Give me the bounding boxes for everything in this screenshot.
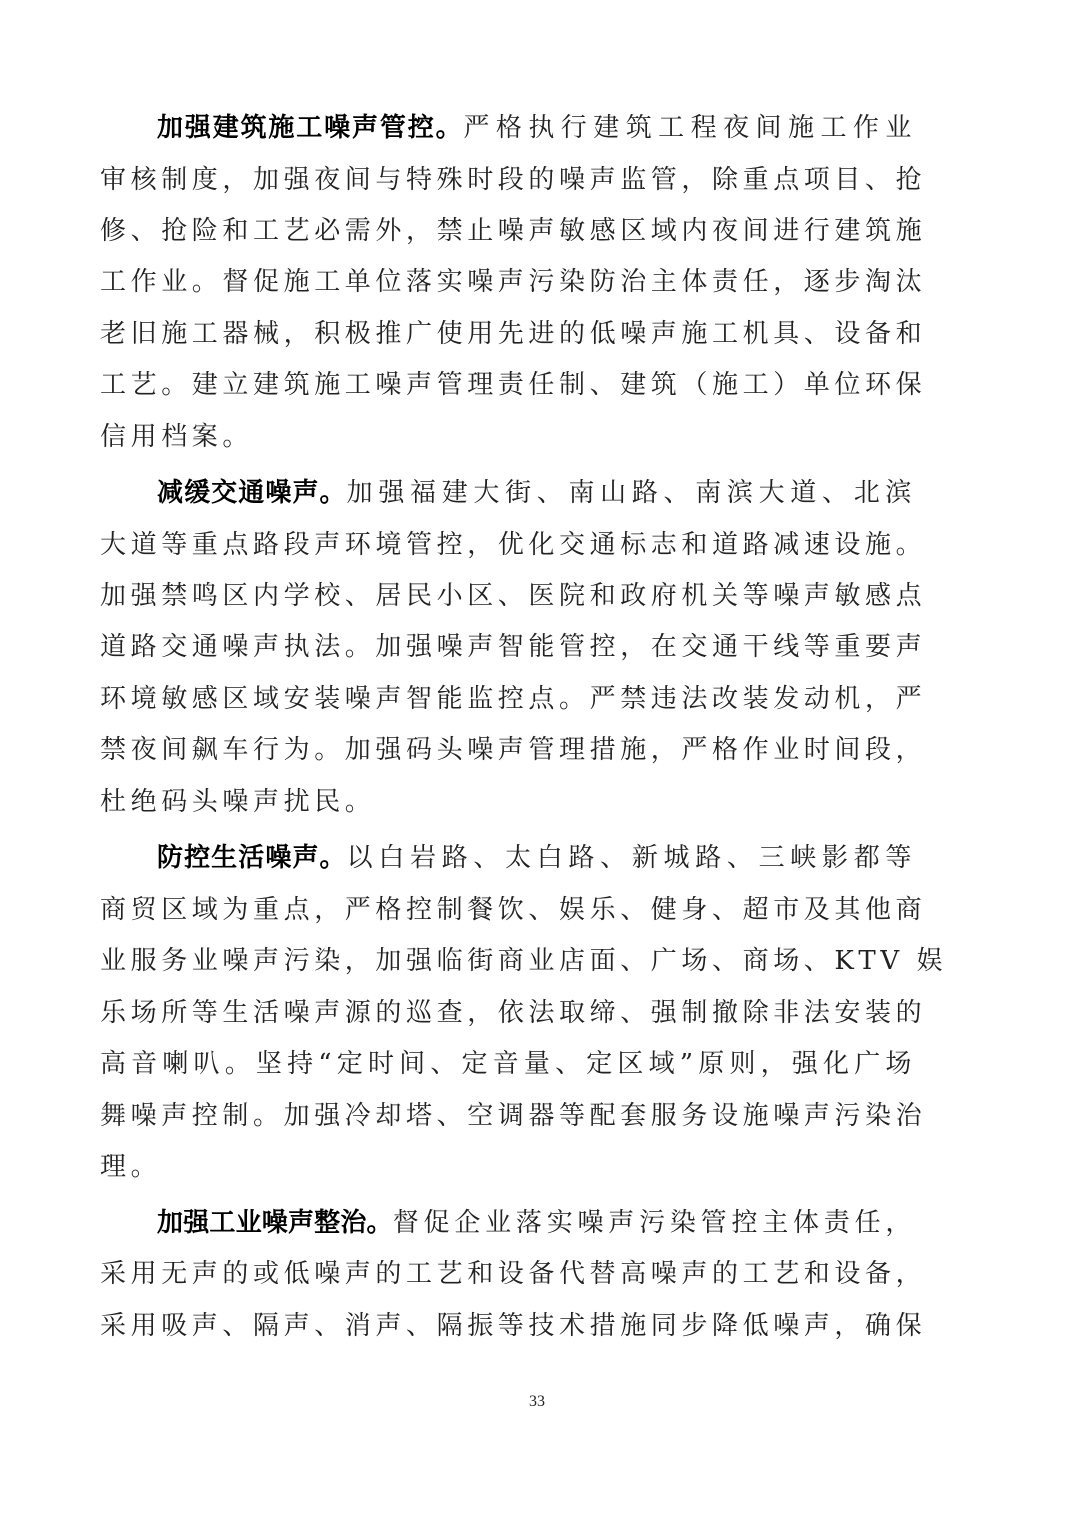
paragraph-line: 工艺。建立建筑施工噪声管理责任制、建筑（施工）单位环保	[100, 365, 916, 405]
paragraph-line: 信用档案。	[100, 417, 916, 457]
paragraph-line: 杜绝码头噪声扰民。	[100, 782, 916, 822]
paragraph-heading: 加强工业噪声整治。	[157, 1208, 393, 1238]
paragraph-line: 商贸区域为重点，严格控制餐饮、娱乐、健身、超市及其他商	[100, 890, 916, 930]
paragraph-line: 审核制度，加强夜间与特殊时段的噪声监管，除重点项目、抢	[100, 160, 916, 200]
paragraph-line: 修、抢险和工艺必需外，禁止噪声敏感区域内夜间进行建筑施	[100, 211, 916, 251]
paragraph-line: 环境敏感区域安装噪声智能监控点。严禁违法改装发动机，严	[100, 679, 916, 719]
paragraph-heading: 加强建筑施工噪声管控。	[157, 113, 463, 143]
paragraph-line: 业服务业噪声污染，加强临街商业店面、广场、商场、KTV 娱	[100, 941, 916, 981]
paragraph-line: 道路交通噪声执法。加强噪声智能管控，在交通干线等重要声	[100, 627, 916, 667]
page-number: 33	[0, 1393, 1074, 1411]
paragraph-line: 采用吸声、隔声、消声、隔振等技术措施同步降低噪声，确保	[100, 1306, 916, 1346]
paragraph-line: 大道等重点路段声环境管控，优化交通标志和道路减速设施。	[100, 525, 916, 565]
paragraph-line: 乐场所等生活噪声源的巡查，依法取缔、强制撤除非法安装的	[100, 993, 916, 1033]
paragraph-line: 舞噪声控制。加强冷却塔、空调器等配套服务设施噪声污染治	[100, 1096, 916, 1136]
paragraph-line: 理。	[100, 1147, 916, 1187]
paragraph-line: 加强工业噪声整治。督促企业落实噪声污染管控主体责任，	[157, 1203, 916, 1243]
paragraph-line: 禁夜间飙车行为。加强码头噪声管理措施，严格作业时间段，	[100, 730, 916, 770]
paragraph-line: 减缓交通噪声。加强福建大街、南山路、南滨大道、北滨	[157, 473, 916, 513]
paragraph-line: 加强禁鸣区内学校、居民小区、医院和政府机关等噪声敏感点	[100, 576, 916, 616]
paragraph-line: 工作业。督促施工单位落实噪声污染防治主体责任，逐步淘汰	[100, 262, 916, 302]
document-page: 加强建筑施工噪声管控。严格执行建筑工程夜间施工作业 审核制度，加强夜间与特殊时段…	[0, 0, 1074, 1520]
paragraph-heading: 防控生活噪声。	[157, 843, 347, 873]
paragraph-line: 老旧施工器械，积极推广使用先进的低噪声施工机具、设备和	[100, 314, 916, 354]
paragraph-line: 高音喇叭。坚持“定时间、定音量、定区域”原则，强化广场	[100, 1044, 916, 1084]
paragraph-line: 加强建筑施工噪声管控。严格执行建筑工程夜间施工作业	[157, 108, 916, 148]
paragraph-heading: 减缓交通噪声。	[157, 478, 347, 508]
paragraph-line: 采用无声的或低噪声的工艺和设备代替高噪声的工艺和设备，	[100, 1254, 916, 1294]
paragraph-line: 防控生活噪声。以白岩路、太白路、新城路、三峡影都等	[157, 838, 916, 878]
